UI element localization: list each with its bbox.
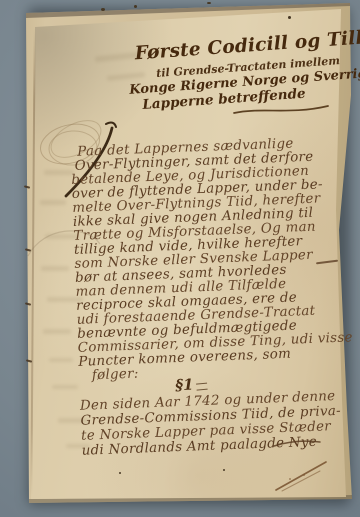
section-marker-squiggle xyxy=(196,382,208,390)
body-text-block: Paa det Lappernes sædvanlige Over-Flytni… xyxy=(70,136,344,459)
photo-backdrop: Første Codicill og Tilleg til Grendse-Tr… xyxy=(0,0,360,517)
ink-bleed-ghost xyxy=(43,329,71,334)
ink-bleed-ghost xyxy=(52,385,78,389)
ink-speck xyxy=(223,469,225,471)
ink-speck xyxy=(207,2,211,4)
ink-speck xyxy=(134,5,137,8)
ink-speck xyxy=(119,472,121,474)
ink-speck xyxy=(288,16,291,19)
document-title-block: Første Codicill og Tilleg til Grendse-Tr… xyxy=(126,27,345,112)
ink-bleed-ghost xyxy=(49,358,73,362)
ink-speck xyxy=(101,8,105,11)
section-marker-label: §1 xyxy=(175,376,194,393)
corner-pen-strokes xyxy=(268,452,332,494)
binding-stitch xyxy=(24,185,30,189)
